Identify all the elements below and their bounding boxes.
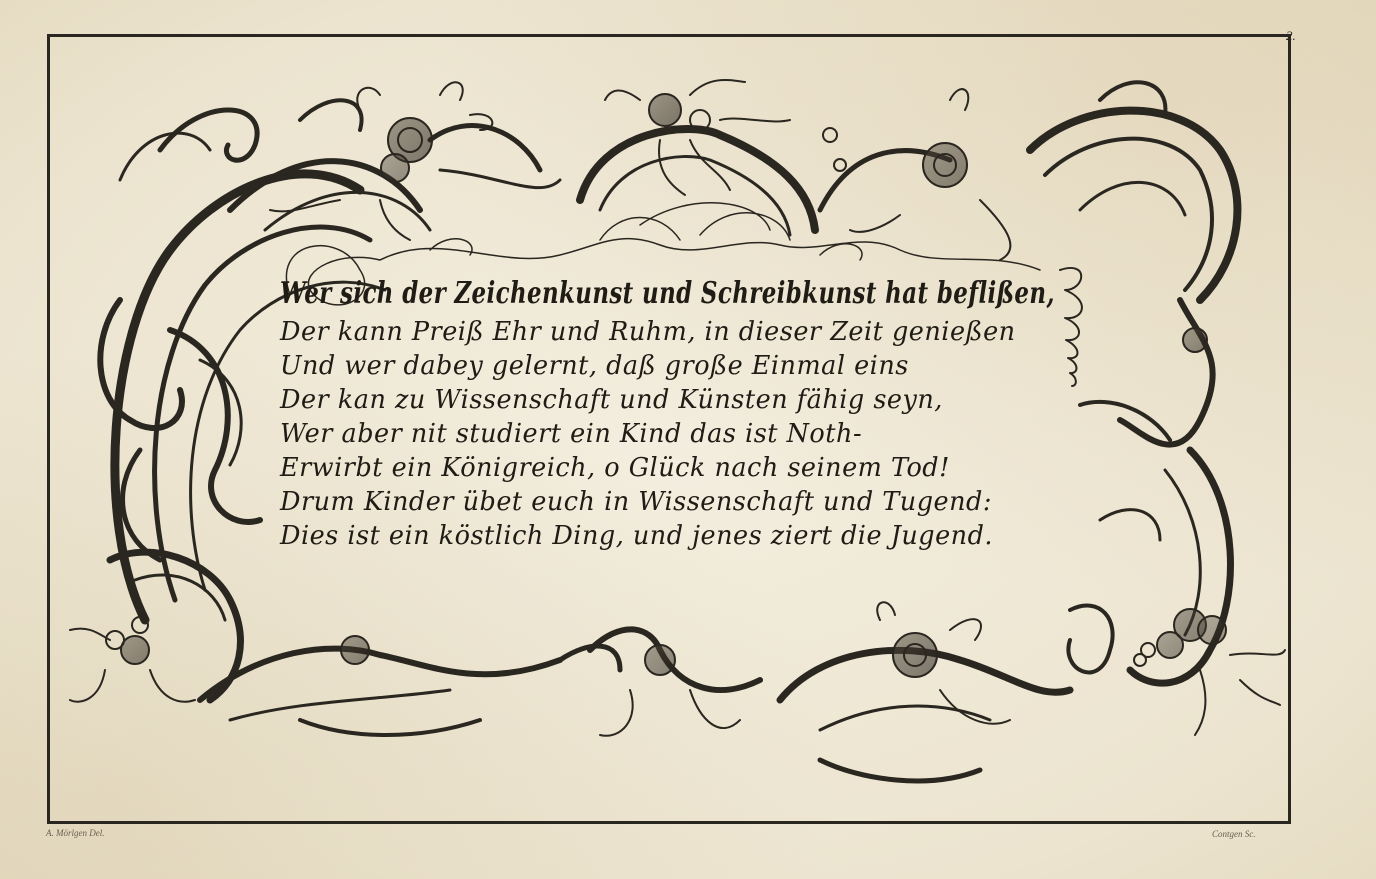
top-center-cartouche: [580, 80, 815, 235]
verse-line: Der kan zu Wissenschaft und Künsten fähi…: [280, 383, 1055, 417]
verse-line: Dies ist ein köstlich Ding, und jenes zi…: [280, 519, 1055, 553]
verse-line: Und wer dabey gelernt, daß große Einmal …: [280, 349, 1055, 383]
bottom-garland-ornament: [200, 602, 1070, 781]
verse-line: Erwirbt ein Königreich, o Glück nach sei…: [280, 451, 1055, 485]
verse-line: Wer aber nit studiert ein Kind das ist N…: [280, 417, 1055, 451]
left-fruit-cluster: [70, 617, 195, 702]
calligraphy-verse: Wer sich der Zeichenkunst und Schreibkun…: [280, 275, 1070, 553]
verse-line: Wer sich der Zeichenkunst und Schreibkun…: [280, 275, 884, 315]
top-right-rose-bouquet: [820, 89, 1010, 260]
verse-line: Der kann Preiß Ehr und Ruhm, in dieser Z…: [280, 315, 1055, 349]
right-fruit-cluster: [1068, 606, 1285, 735]
verse-line: Drum Kinder übet euch in Wissenschaft un…: [280, 485, 1055, 519]
